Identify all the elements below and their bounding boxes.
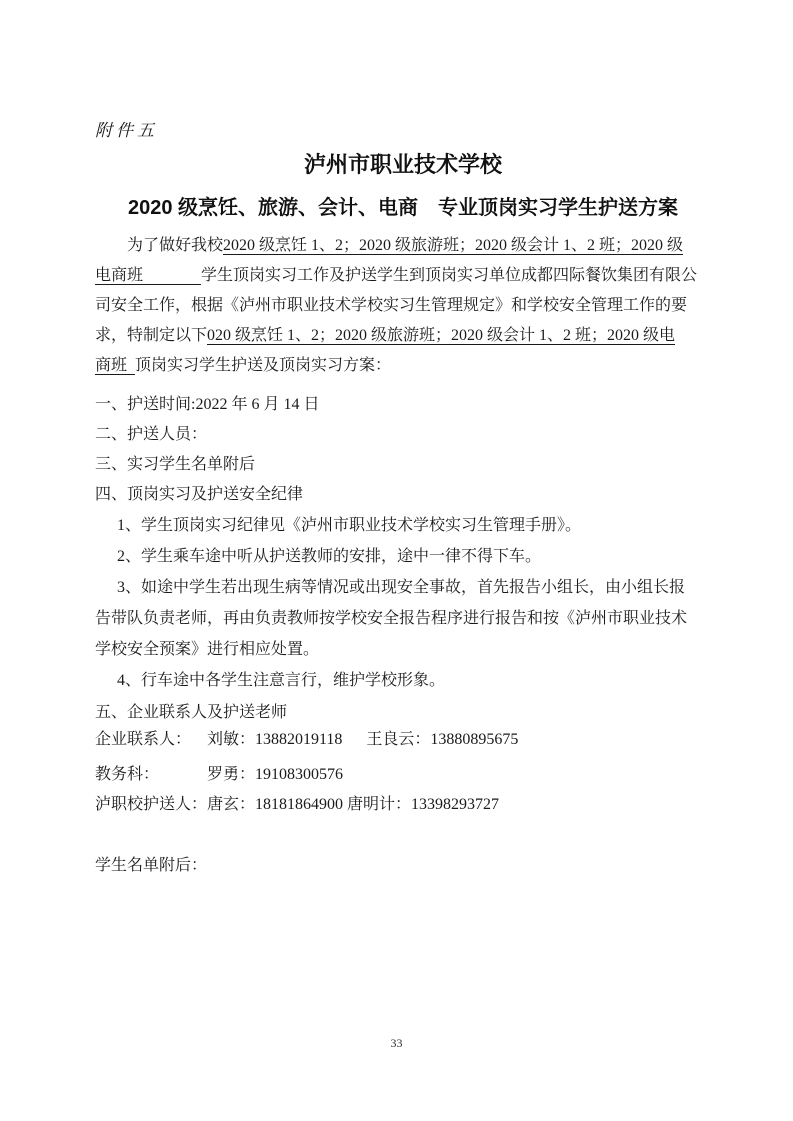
item-safety-discipline: 四、顶岗实习及护送安全纪律 xyxy=(95,480,711,510)
contact-row-academic-office: 教务科：罗勇：19108300576 xyxy=(95,760,711,790)
rule-2: 2、学生乘车途中听从护送教师的安排，途中一律不得下车。 xyxy=(95,541,711,572)
rule-4: 4、行车途中各学生注意言行，维护学校形象。 xyxy=(95,665,711,696)
doc-title: 泸州市职业技术学校 xyxy=(95,148,711,179)
rule-3-line-3: 学校安全预案》进行相应处置。 xyxy=(95,634,711,665)
intro-l2-underlined: 电商班 xyxy=(95,267,201,285)
intro-l1-underlined: 2020 级烹饪 1、2；2020 级旅游班；2020 级会计 1、2 班；20… xyxy=(223,237,683,255)
contact-label-academic-office: 教务科： xyxy=(95,760,207,790)
page-number: 33 xyxy=(0,1036,793,1051)
contacts-heading: 五、企业联系人及护送老师 xyxy=(95,698,711,728)
intro-l4-underlined: 020 级烹饪 1、2；2020 级旅游班；2020 级会计 1、2 班；202… xyxy=(207,327,675,345)
intro-l4-pre: 求，特制定以下 xyxy=(95,327,207,344)
doc-subtitle: 2020 级烹饪、旅游、会计、电商 专业顶岗实习学生护送方案 xyxy=(95,191,711,220)
item-student-list: 三、实习学生名单附后 xyxy=(95,450,711,480)
contact-value-liumin: 刘敏：13882019118 xyxy=(207,731,342,748)
intro-l5-underlined: 商班 xyxy=(95,357,135,375)
intro-line-2: 电商班学生顶岗实习工作及护送学生到顶岗实习单位成都四际餐饮集团有限公 xyxy=(95,261,711,291)
contact-row-school-escort: 泸职校护送人：唐玄：18181864900 唐明计：13398293727 xyxy=(95,790,711,820)
intro-line-5: 商班顶岗实习学生护送及顶岗实习方案： xyxy=(95,351,711,381)
intro-paragraph: 为了做好我校2020 级烹饪 1、2；2020 级旅游班；2020 级会计 1、… xyxy=(95,231,711,381)
rule-1: 1、学生顶岗实习纪律见《泸州市职业技术学校实习生管理手册》。 xyxy=(95,510,711,541)
document-page: 附件五 泸州市职业技术学校 2020 级烹饪、旅游、会计、电商 专业顶岗实习学生… xyxy=(0,0,793,1121)
contact-value-wangliangyun: 王良云：13880895675 xyxy=(366,731,518,748)
intro-line-1: 为了做好我校2020 级烹饪 1、2；2020 级旅游班；2020 级会计 1、… xyxy=(95,231,711,261)
rule-3-line-2: 告带队负责老师，再由负责教师按学校安全报告程序进行报告和按《泸州市职业技术 xyxy=(95,603,711,634)
intro-l5-rest: 顶岗实习学生护送及顶岗实习方案： xyxy=(135,357,391,374)
intro-line-4: 求，特制定以下020 级烹饪 1、2；2020 级旅游班；2020 级会计 1、… xyxy=(95,321,711,351)
contact-row-company: 企业联系人：刘敏：13882019118王良云：13880895675 xyxy=(95,725,711,755)
item-escort-time: 一、护送时间:2022 年 6 月 14 日 xyxy=(95,390,711,420)
attachment-label: 附件五 xyxy=(95,116,711,141)
intro-line-3: 司安全工作，根据《泸州市职业技术学校实习生管理规定》和学校安全管理工作的要 xyxy=(95,291,711,321)
contact-label-company: 企业联系人： xyxy=(95,725,207,755)
item-escort-personnel: 二、护送人员： xyxy=(95,420,711,450)
discipline-rules: 1、学生顶岗实习纪律见《泸州市职业技术学校实习生管理手册》。 2、学生乘车途中听… xyxy=(95,510,711,696)
intro-l1-pre: 为了做好我校 xyxy=(127,237,223,254)
contact-value-tangxuan-tangmingji: 唐玄：18181864900 唐明计：13398293727 xyxy=(207,796,499,813)
student-list-note: 学生名单附后： xyxy=(95,851,711,881)
intro-l2-rest: 学生顶岗实习工作及护送学生到顶岗实习单位成都四际餐饮集团有限公 xyxy=(201,267,697,284)
rule-3-line-1: 3、如途中学生若出现生病等情况或出现安全事故，首先报告小组长，由小组长报 xyxy=(95,572,711,603)
contact-label-school-escort: 泸职校护送人： xyxy=(95,790,207,820)
numbered-items: 一、护送时间:2022 年 6 月 14 日 二、护送人员： 三、实习学生名单附… xyxy=(95,390,711,510)
contact-value-luoyong: 罗勇：19108300576 xyxy=(207,766,343,783)
